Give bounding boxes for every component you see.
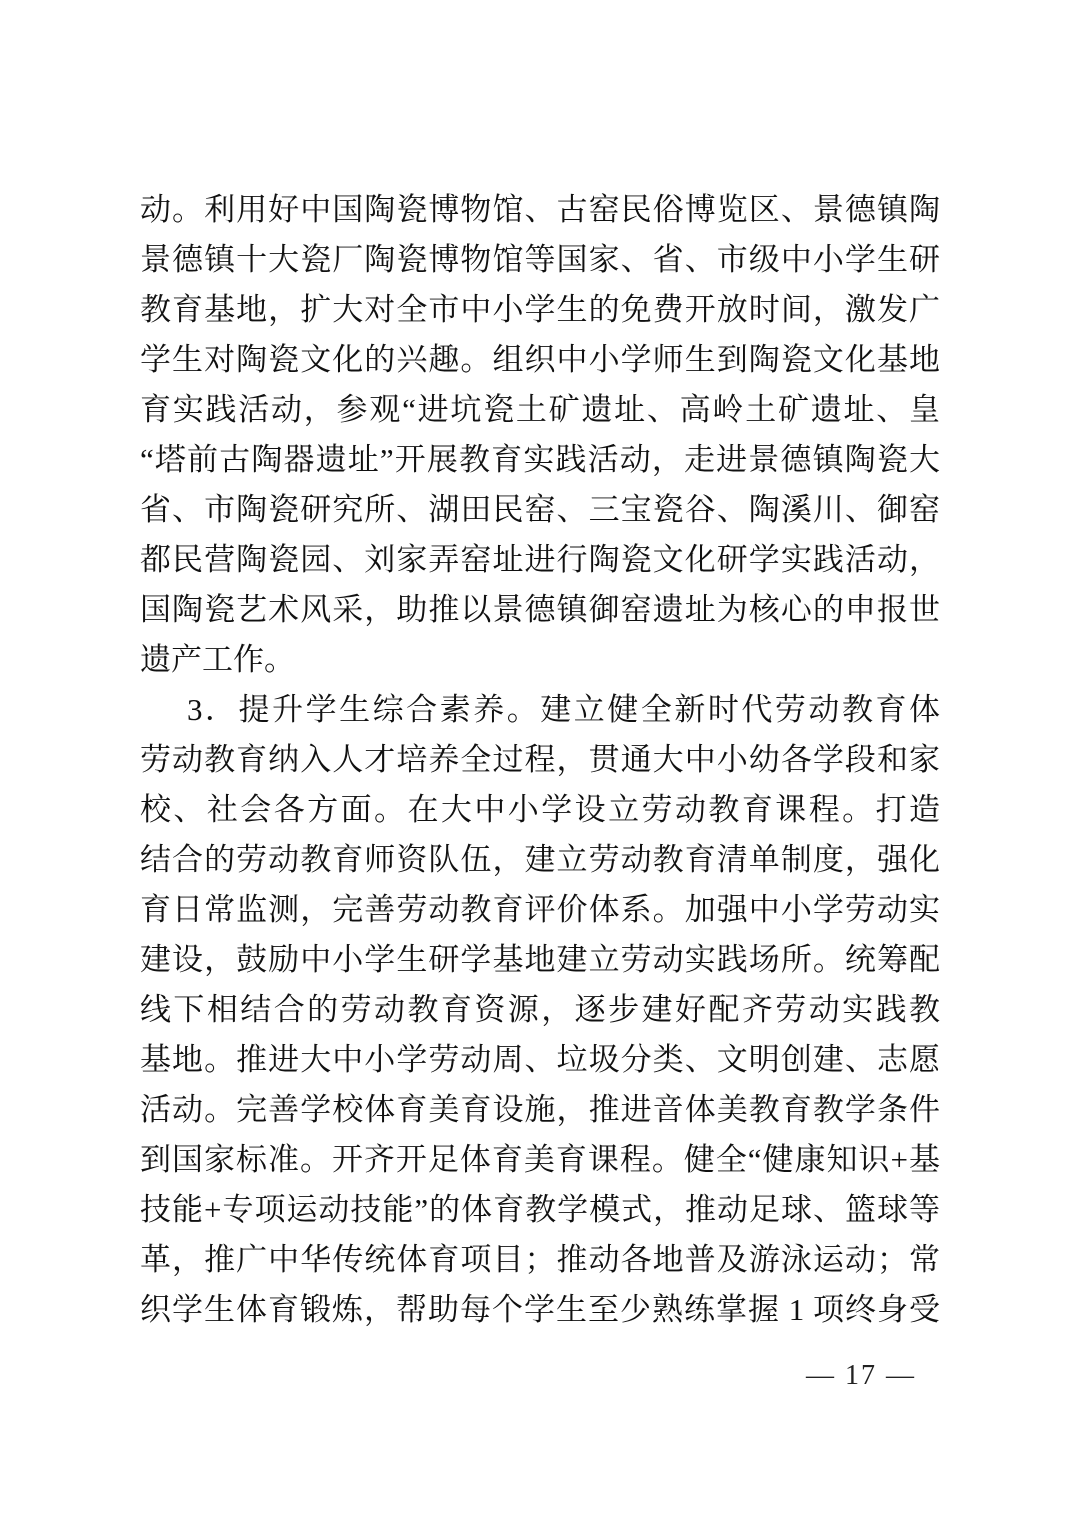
text-line-paragraph-start: 3．提升学生综合素养。建立健全新时代劳动教育体系，将 <box>140 685 940 735</box>
text-line-paragraph-end: 遗产工作。 <box>140 635 940 685</box>
text-line: 革，推广中华传统体育项目；推动各地普及游泳运动；常态化组 <box>140 1235 940 1285</box>
text-line: 基地。推进大中小学劳动周、垃圾分类、文明创建、志愿服务等 <box>140 1035 940 1085</box>
text-line: 建设，鼓励中小学生研学基地建立劳动实践场所。统筹配置线上、 <box>140 935 940 985</box>
text-line: 省、市陶瓷研究所、湖田民窑、三宝瓷谷、陶溪川、御窑厂、新 <box>140 485 940 535</box>
text-line: “塔前古陶器遗址”开展教育实践活动，走进景德镇陶瓷大学和 <box>140 435 940 485</box>
document-page: 动。利用好中国陶瓷博物馆、古窑民俗博览区、景德镇陶瓷大学、 景德镇十大瓷厂陶瓷博… <box>0 0 1074 1520</box>
text-line: 活动。完善学校体育美育设施，推进音体美教育教学条件全面达 <box>140 1085 940 1135</box>
text-line: 线下相结合的劳动教育资源，逐步建好配齐劳动实践教室、实训 <box>140 985 940 1035</box>
text-line: 结合的劳动教育师资队伍，建立劳动教育清单制度，强化劳动教 <box>140 835 940 885</box>
text-line: 织学生体育锻炼，帮助每个学生至少熟练掌握 1 项终身受益的运 <box>140 1285 940 1335</box>
text-line: 国陶瓷艺术风采，助推以景德镇御窑遗址为核心的申报世界文化 <box>140 585 940 635</box>
text-line: 动。利用好中国陶瓷博物馆、古窑民俗博览区、景德镇陶瓷大学、 <box>140 185 940 235</box>
text-line: 劳动教育纳入人才培养全过程，贯通大中小幼各学段和家庭、学 <box>140 735 940 785</box>
text-line: 教育基地，扩大对全市中小学生的免费开放时间，激发广大中小 <box>140 285 940 335</box>
text-line: 景德镇十大瓷厂陶瓷博物馆等国家、省、市级中小学生研学实践 <box>140 235 940 285</box>
text-line: 育日常监测，完善劳动教育评价体系。加强中小学劳动实践基地 <box>140 885 940 935</box>
text-line: 学生对陶瓷文化的兴趣。组织中小学师生到陶瓷文化基地开展教 <box>140 335 940 385</box>
page-number: — 17 — <box>796 1358 926 1394</box>
text-line: 都民营陶瓷园、刘家弄窑址进行陶瓷文化研学实践活动，感受中 <box>140 535 940 585</box>
text-line: 到国家标准。开齐开足体育美育课程。健全“健康知识+基本运动 <box>140 1135 940 1185</box>
body-text: 动。利用好中国陶瓷博物馆、古窑民俗博览区、景德镇陶瓷大学、 景德镇十大瓷厂陶瓷博… <box>140 185 940 1335</box>
text-line: 校、社会各方面。在大中小学设立劳动教育课程。打造专、兼职 <box>140 785 940 835</box>
text-line: 育实践活动，参观“进坑瓷土矿遗址、高岭土矿遗址、皇窑”，到 <box>140 385 940 435</box>
text-line: 技能+专项运动技能”的体育教学模式，推动足球、篮球等教学改 <box>140 1185 940 1235</box>
